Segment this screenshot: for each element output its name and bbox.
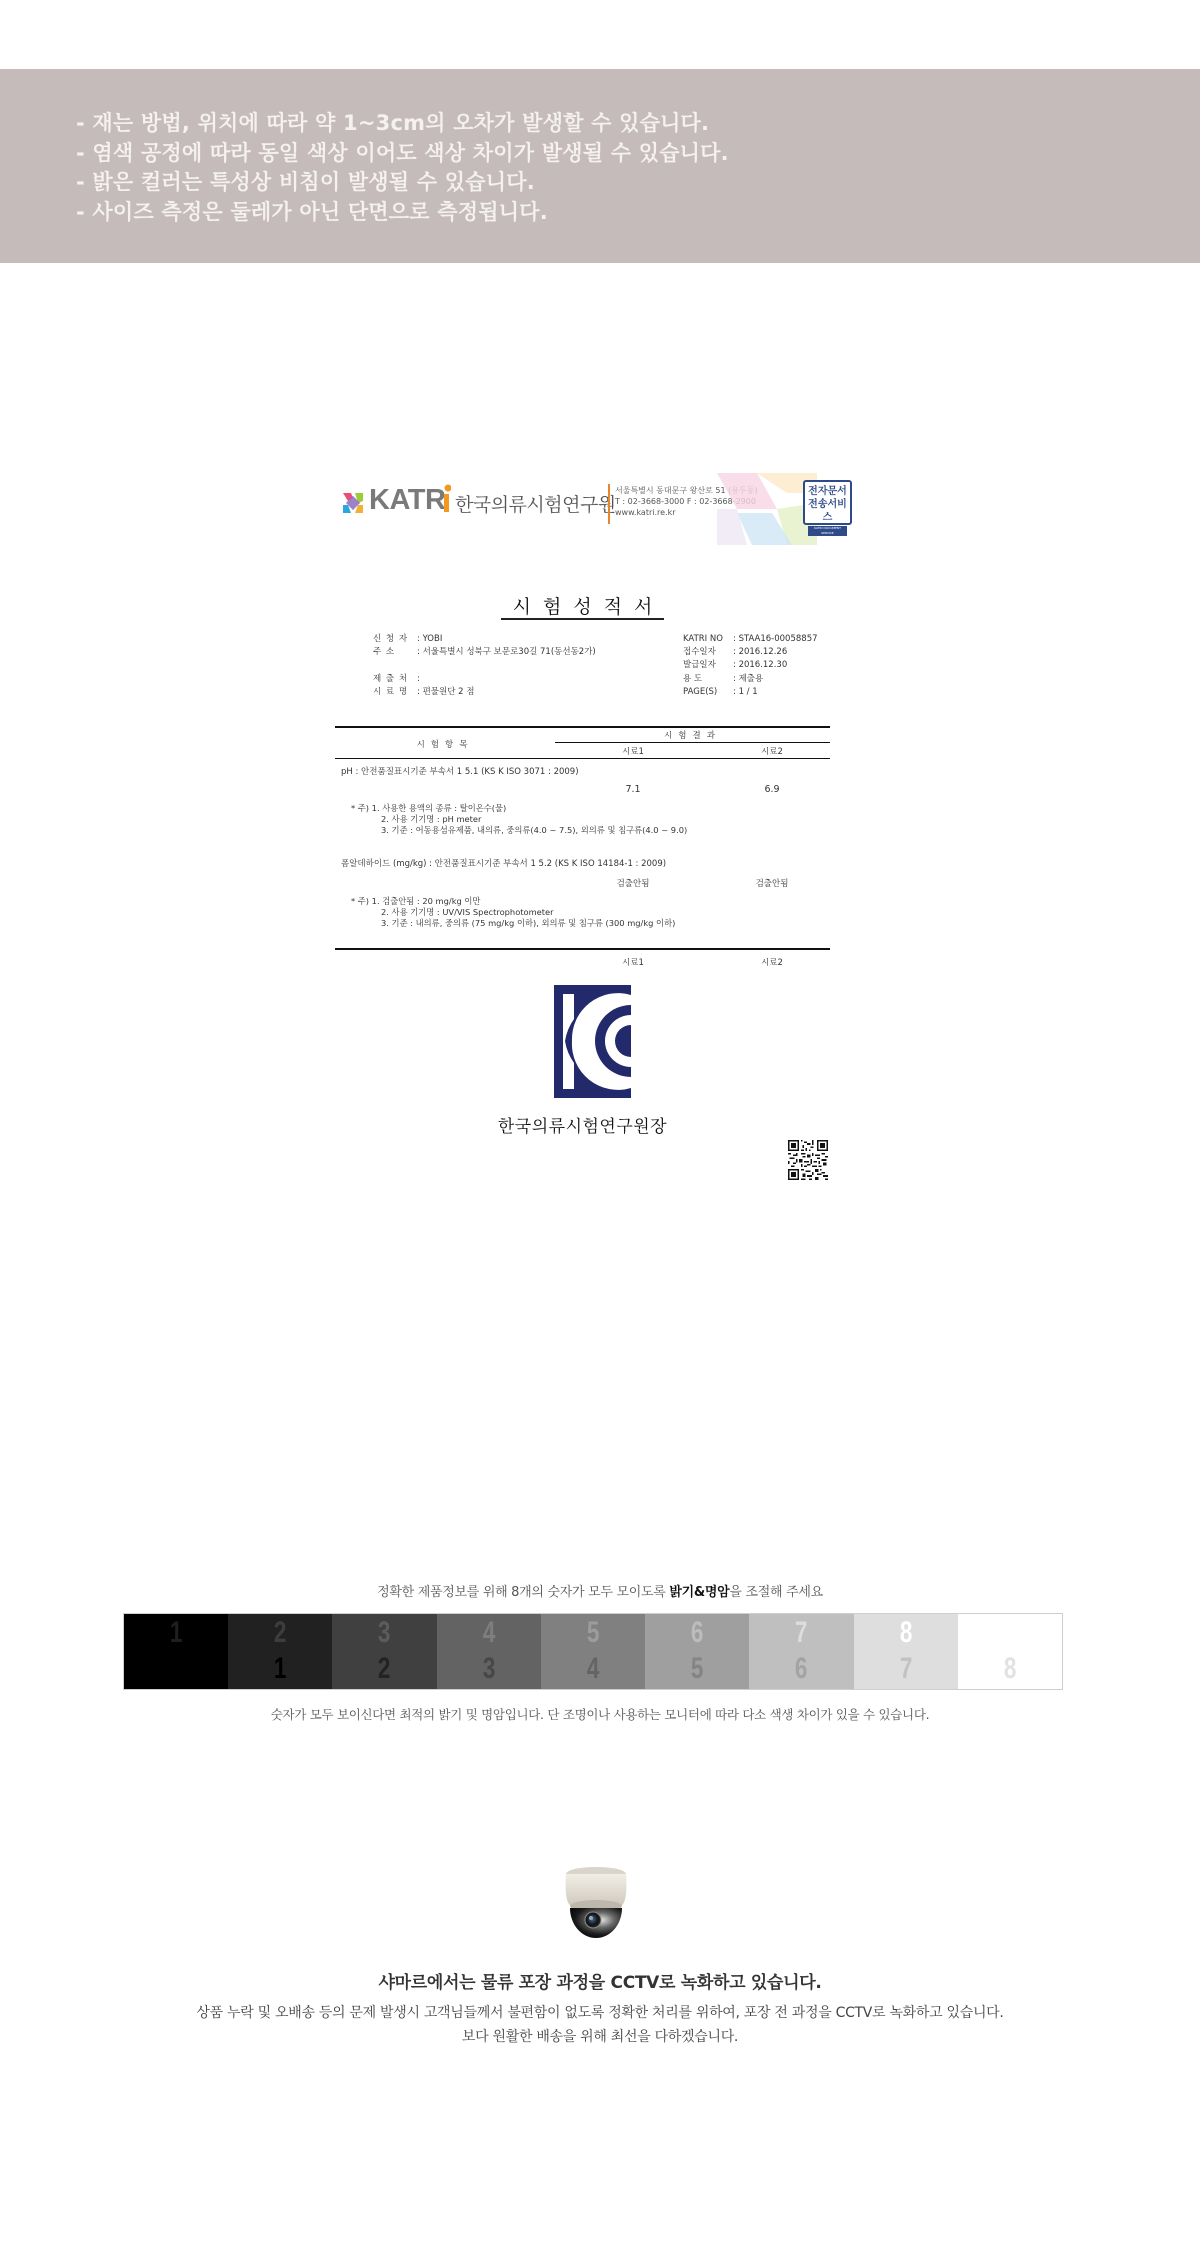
cctv-description: 상품 누락 및 오배송 등의 문제 발생시 고객님들께서 불편함이 없도록 정확… <box>0 2001 1200 2049</box>
submitter-value: : <box>417 673 420 686</box>
swatch-bottom-number: 5 <box>658 1652 736 1686</box>
sample-name-value: : 편물원단 2 점 <box>417 686 474 699</box>
calibration-title-suffix: 을 조절해 주세요 <box>729 1585 822 1600</box>
sample1-footer: 시료1 <box>553 956 713 968</box>
pages-value: : 1 / 1 <box>733 686 758 699</box>
notice-line: - 밝은 컬러는 특성상 비침이 발생될 수 있습니다. <box>76 168 729 198</box>
cctv-title: 샤마르에서는 물류 포장 과정을 CCTV로 녹화하고 있습니다. <box>0 1968 1200 1993</box>
notice-line: - 재는 방법, 위치에 따라 약 1~3cm의 오차가 발생할 수 있습니다. <box>76 109 729 139</box>
calibration-swatch: 1 <box>124 1614 228 1689</box>
test-name: pH : 안전품질표시기준 부속서 1 5.1 (KS K ISO 3071 :… <box>341 765 579 777</box>
certificate-title-text: 시험성적서 <box>501 596 665 620</box>
swatch-top-number: 4 <box>450 1616 528 1650</box>
test-note: 2. 사용 기기명 : UV/VIS Spectrophotometer <box>381 907 554 919</box>
sample1-header: 시료1 <box>553 745 713 757</box>
calibration-swatch: 32 <box>332 1614 436 1689</box>
cctv-dome-camera-icon <box>553 1864 639 1950</box>
kc-certification-mark-icon <box>554 985 631 1098</box>
institute-name: 한국의류시험연구원 <box>455 490 616 517</box>
e-document-badge: 전자문서 전송서비스 KATRI DOCUMENT SERVICE <box>803 480 852 525</box>
badge-line-1: 전자문서 <box>805 485 850 498</box>
katri-no-label: KATRI NO <box>683 633 733 646</box>
swatch-bottom-number: 4 <box>554 1652 632 1686</box>
cctv-description-line: 상품 누락 및 오배송 등의 문제 발생시 고객님들께서 불편함이 없도록 정확… <box>0 2001 1200 2025</box>
table-rule <box>335 758 830 759</box>
test-note: 3. 기준 : 내의류, 중의류 (75 mg/kg 이하), 외의류 및 침구… <box>381 918 675 930</box>
calibration-title-bold: 밝기&명암 <box>669 1585 729 1600</box>
received-date-value: : 2016.12.26 <box>733 646 787 659</box>
address-value: : 서울특별시 성북구 보문로30길 71(동선동2가) <box>417 646 596 659</box>
purpose-label: 용 도 <box>683 673 733 686</box>
qr-code-icon[interactable] <box>788 1140 828 1180</box>
grayscale-calibration-strip: 1213243546576878 <box>123 1613 1063 1690</box>
calibration-swatch: 43 <box>437 1614 541 1689</box>
sample2-header: 시료2 <box>707 745 837 757</box>
signature: 한국의류시험연구원장 <box>335 1112 830 1137</box>
calibration-swatch: 21 <box>228 1614 332 1689</box>
katri-wordmark: KATR <box>369 484 445 517</box>
notice-line: - 사이즈 측정은 둘레가 아닌 단면으로 측정됩니다. <box>76 198 729 228</box>
submitter-label: 제 출 처 <box>373 673 417 686</box>
swatch-top-number: 7 <box>762 1616 840 1650</box>
swatch-bottom-number: 2 <box>345 1652 423 1686</box>
swatch-top-number: 8 <box>867 1616 945 1650</box>
swatch-top-number: 3 <box>345 1616 423 1650</box>
calibration-swatch: 65 <box>645 1614 749 1689</box>
calibration-swatch: 87 <box>854 1614 958 1689</box>
table-rule <box>335 726 830 728</box>
table-rule <box>555 742 830 743</box>
calibration-swatch: 8 <box>958 1614 1062 1689</box>
applicant-label: 신 청 자 <box>373 633 417 646</box>
swatch-bottom-number: 7 <box>867 1652 945 1686</box>
swatch-bottom-number: 8 <box>971 1652 1049 1686</box>
sample-name-label: 시 료 명 <box>373 686 417 699</box>
test-value: 검출안됨 <box>553 877 713 889</box>
badge-line-2: 전송서비스 <box>805 498 850 524</box>
test-result-header: 시험결과 <box>555 729 830 741</box>
test-certificate: KATR 한국의류시험연구원 서울특별시 동대문구 왕산로 51 (용두동) T… <box>335 470 830 1190</box>
sample2-footer: 시료2 <box>707 956 837 968</box>
test-note: * 주) 1. 검출안됨 : 20 mg/kg 이만 <box>351 896 480 908</box>
swatch-top-number: 1 <box>137 1616 215 1650</box>
test-note: * 주) 1. 사용한 용액의 종류 : 탈이온수(물) <box>351 803 506 815</box>
applicant-info: 신 청 자: YOBI 주 소: 서울특별시 성북구 보문로30길 71(동선동… <box>373 633 596 699</box>
swatch-bottom-number: 3 <box>450 1652 528 1686</box>
notice-banner: - 재는 방법, 위치에 따라 약 1~3cm의 오차가 발생할 수 있습니다.… <box>0 69 1200 263</box>
table-rule <box>335 948 830 950</box>
swatch-top-number: 2 <box>241 1616 319 1650</box>
header-decoration <box>717 473 817 545</box>
test-value: 검출안됨 <box>707 877 837 889</box>
received-date-label: 접수일자 <box>683 646 733 659</box>
swatch-top-number: 5 <box>554 1616 632 1650</box>
test-item-header: 시험항목 <box>335 738 555 750</box>
issued-date-label: 발급일자 <box>683 659 733 672</box>
katri-no-value: : STAA16-00058857 <box>733 633 818 646</box>
certificate-title: 시험성적서 <box>335 592 830 619</box>
purpose-value: : 제출용 <box>733 673 763 686</box>
applicant-value: : YOBI <box>417 633 442 646</box>
certificate-header: KATR 한국의류시험연구원 서울특별시 동대문구 왕산로 51 (용두동) T… <box>335 470 855 548</box>
calibration-title-prefix: 정확한 제품정보를 위해 8개의 숫자가 모두 모이도록 <box>377 1585 669 1600</box>
notice-line: - 염색 공정에 따라 동일 색상 이어도 색상 차이가 발생될 수 있습니다. <box>76 139 729 169</box>
cctv-description-line: 보다 원활한 배송을 위해 최선을 다하겠습니다. <box>0 2025 1200 2049</box>
katri-logo-icon <box>340 490 366 516</box>
test-name: 폼알데하이드 (mg/kg) : 안전품질표시기준 부속서 1 5.2 (KS … <box>341 857 666 869</box>
calibration-swatch: 54 <box>541 1614 645 1689</box>
badge-line-3: KATRI DOCUMENT SERVICE <box>808 526 847 536</box>
test-note: 3. 기준 : 어동용섬유제품, 내의류, 중의류(4.0 ~ 7.5), 외의… <box>381 825 687 837</box>
test-note: 2. 사용 기기명 : pH meter <box>381 814 481 826</box>
test-value: 7.1 <box>553 784 713 795</box>
calibration-title: 정확한 제품정보를 위해 8개의 숫자가 모두 모이도록 밝기&명암을 조절해 … <box>0 1581 1200 1600</box>
calibration-swatch: 76 <box>749 1614 853 1689</box>
address-label: 주 소 <box>373 646 417 659</box>
swatch-top-number: 6 <box>658 1616 736 1650</box>
report-info: KATRI NO: STAA16-00058857 접수일자: 2016.12.… <box>683 633 818 699</box>
header-divider <box>608 484 610 524</box>
notice-list: - 재는 방법, 위치에 따라 약 1~3cm의 오차가 발생할 수 있습니다.… <box>76 109 729 227</box>
swatch-bottom-number: 6 <box>762 1652 840 1686</box>
test-value: 6.9 <box>707 784 837 795</box>
katri-i-glyph-icon <box>443 484 451 514</box>
calibration-note: 숫자가 모두 보이신다면 최적의 밝기 및 명암입니다. 단 조명이나 사용하는… <box>0 1705 1200 1723</box>
swatch-bottom-number: 1 <box>241 1652 319 1686</box>
issued-date-value: : 2016.12.30 <box>733 659 787 672</box>
pages-label: PAGE(S) <box>683 686 733 699</box>
